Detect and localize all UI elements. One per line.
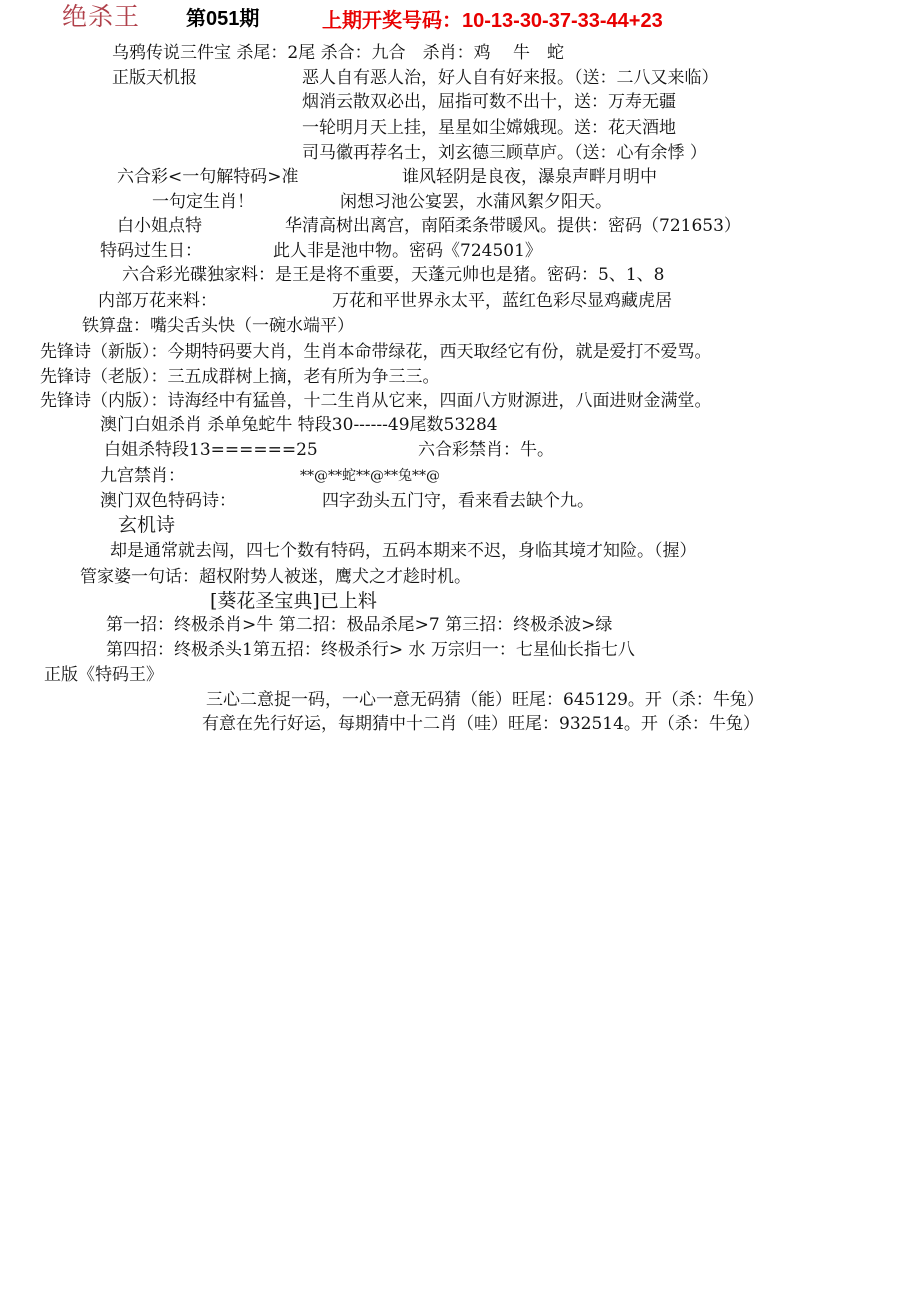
tianji-line-3: 一轮明月天上挂，星星如尘嫦娥现。送：花天酒地 [302,117,676,139]
issue-number: 第051期 [186,6,259,32]
jiugong-label: 九宫禁肖： [100,465,185,487]
shuangse-label: 澳门双色特码诗： [100,490,236,512]
xianfeng-new: 先锋诗（新版）：今期特码要大肖，生肖本命带绿花，西天取经它有份，就是爱打不爱骂。 [40,341,712,363]
yiju-label: 六合彩<一句解特码>准 [117,166,299,188]
yiju-text: 谁风轻阴是良夜，瀑泉声畔月明中 [402,166,657,188]
brand-title: 绝杀王 [62,2,140,32]
tianji-label: 正版天机报 [112,67,197,89]
baijie-teduan: 白姐杀特段13======25 [104,439,318,461]
baixiaojie-label: 白小姐点特 [117,215,202,237]
baixiaojie-text: 华清高树出离宫，南陌柔条带暖风。提供：密码（721653） [285,215,741,237]
guanjiapo-line: 管家婆一句话：超权附势人被迷，鹰犬之才趁时机。 [80,566,471,588]
dingshengxiao-label: 一句定生肖！ [152,191,254,213]
temawang-line-1: 三心二意捉一码，一心一意无码猜（能）旺尾：645129。开（杀：牛兔） [206,689,764,711]
dingshengxiao-text: 闲想习池公宴罢，水蒲风絮夕阳天。 [340,191,612,213]
aomen-baijie-line: 澳门白姐杀肖 杀单兔蛇牛 特段30------49尾数53284 [100,414,498,436]
kuihua-line-2: 第四招：终极杀头1第五招：终极杀行> 水 万宗归一：七星仙长指七八 [106,639,635,661]
xuanji-label: 玄机诗 [118,514,175,536]
tianji-line-2: 烟消云散双必出，屈指可数不出十，送：万寿无疆 [302,91,676,113]
guangdie-line: 六合彩光碟独家料：是王是将不重要，天蓬元帅也是猪。密码：5、1、8 [122,264,664,286]
tiesuanpan-line: 铁算盘：嘴尖舌头快（一碗水端平） [82,315,354,337]
shengri-label: 特码过生日： [100,240,202,262]
crow-legend-line: 乌鸦传说三件宝 杀尾：2尾 杀合：九合 杀肖：鸡 牛 蛇 [112,42,564,64]
last-draw-results: 上期开奖号码：10-13-30-37-33-44+23 [322,8,663,34]
xianfeng-inner: 先锋诗（内版）：诗海经中有猛兽，十二生肖从它来，四面八方财源进，八面进财金满堂。 [40,390,712,412]
tianji-line-1: 恶人自有恶人治，好人自有好来报。（送：二八又来临） [302,67,719,89]
wanhua-text: 万花和平世界永太平，蓝红色彩尽显鸡藏虎居 [332,290,672,312]
temawang-line-2: 有意在先行好运，每期猜中十二肖（哇）旺尾：932514。开（杀：牛兔） [202,713,760,735]
tianji-line-4: 司马徽再荐名士，刘玄德三顾草庐。（送：心有余悸 ） [302,142,707,164]
kuihua-title: [葵花圣宝典]已上料 [210,590,377,612]
jinxiao-line: 六合彩禁肖：牛。 [418,439,554,461]
shuangse-text: 四字劲头五门守，看来看去缺个九。 [322,490,594,512]
xuanji-text: 却是通常就去闯，四七个数有特码，五码本期来不迟，身临其境才知险。（握） [110,540,697,562]
jiugong-text: **@**蛇**@**兔**@ [300,465,440,487]
wanhua-label: 内部万花来料： [98,290,217,312]
kuihua-line-1: 第一招：终极杀肖>牛 第二招：极品杀尾>7 第三招：终极杀波>绿 [106,614,612,636]
xianfeng-old: 先锋诗（老版）：三五成群树上摘，老有所为争三三。 [40,366,440,388]
last-draw-numbers: 10-13-30-37-33-44+23 [462,10,663,32]
last-draw-label: 上期开奖号码： [322,10,462,32]
shengri-text: 此人非是池中物。密码《724501》 [273,240,542,262]
temawang-label: 正版《特码王》 [44,664,163,686]
